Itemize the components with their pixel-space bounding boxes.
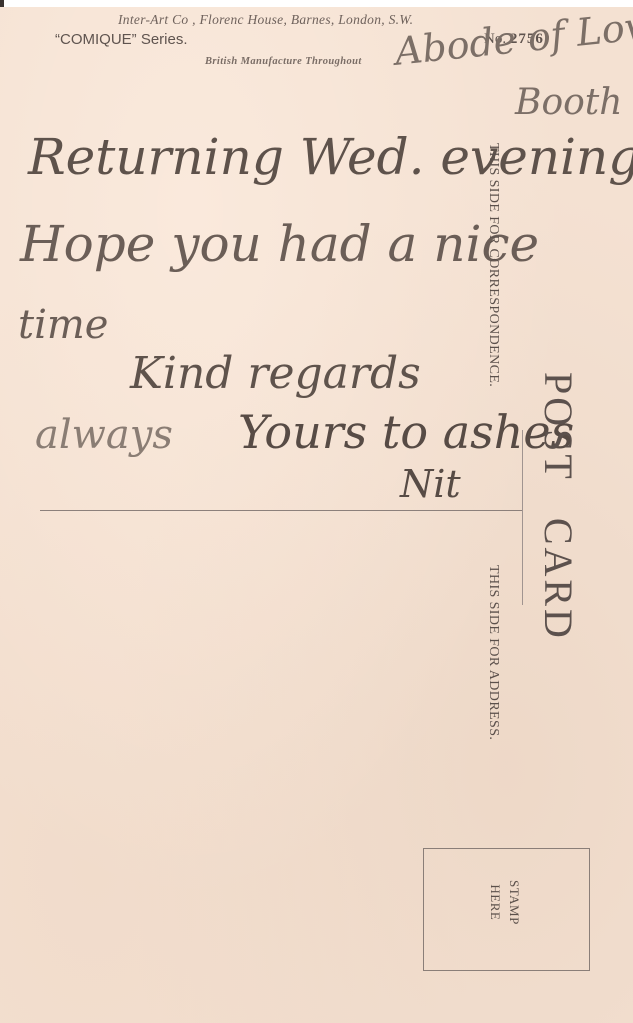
handwritten-line-5b: Yours to ashes [238, 405, 574, 459]
center-divider-line [522, 430, 523, 605]
postcard-title-word-1: POST [536, 372, 581, 482]
correspondence-divider-line [40, 510, 522, 511]
handwritten-picture-artist: Booth [515, 82, 622, 123]
stamp-label-line-2: HERE [486, 880, 505, 925]
correspondence-side-label: THIS SIDE FOR CORRESPONDENCE. [485, 143, 501, 387]
handwritten-line-2: Hope you had a nice [20, 215, 539, 273]
stamp-label-line-1: STAMP [505, 880, 524, 925]
scan-corner-mark [0, 0, 4, 7]
handwritten-line-4: Kind regards [130, 348, 421, 399]
manufacture-line: British Manufacture Throughout [205, 56, 362, 67]
stamp-label: STAMP HERE [486, 880, 524, 925]
handwritten-line-3: time [18, 302, 108, 348]
handwritten-line-5a: always [35, 412, 173, 458]
postcard-title-word-2: CARD [536, 518, 581, 641]
handwritten-line-1: Returning Wed. evening [28, 128, 633, 186]
handwritten-signature: Nit [400, 462, 461, 506]
publisher-line: Inter-Art Co , Florenc House, Barnes, Lo… [118, 12, 413, 28]
series-label: “COMIQUE” Series. [55, 31, 188, 48]
postcard-title: POSTCARD [535, 372, 582, 641]
address-side-label: THIS SIDE FOR ADDRESS. [485, 565, 501, 740]
